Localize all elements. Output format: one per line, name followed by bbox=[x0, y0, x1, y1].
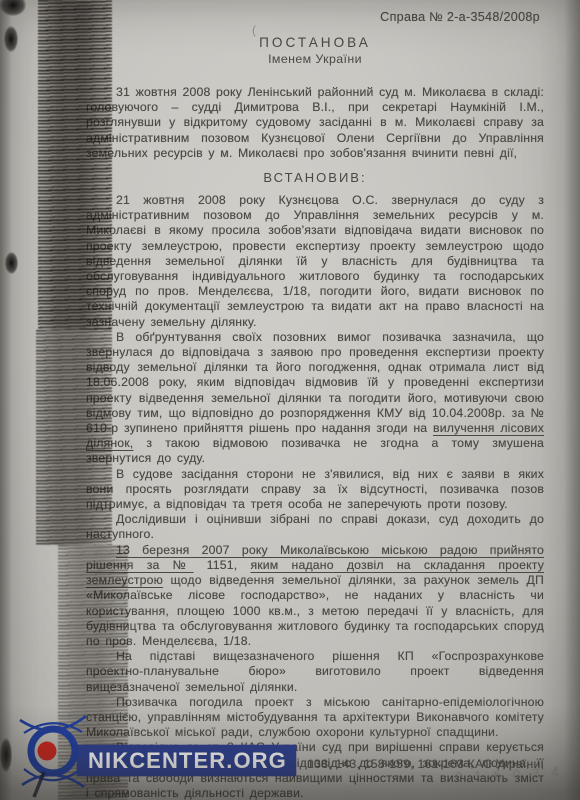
page-edge-left bbox=[0, 0, 12, 800]
text-run: В обґрунтування своїх позовних вимог поз… bbox=[86, 330, 544, 435]
text-run: з такою відмовою позивачка не згодна а т… bbox=[86, 436, 544, 465]
document-body: Справа № 2-а-3548/2008р ПОСТАНОВА Іменем… bbox=[86, 10, 544, 800]
page-edge-right bbox=[564, 0, 580, 800]
paragraph-justification: В обґрунтування своїх позовних вимог поз… bbox=[86, 330, 544, 467]
established-heading: ВСТАНОВИВ: bbox=[86, 170, 544, 185]
paragraph-city-council-decision: 13 березня 2007 року Миколаївською міськ… bbox=[86, 543, 544, 649]
stray-pen-mark: ( bbox=[252, 23, 256, 37]
page-edge-bottom bbox=[0, 705, 580, 800]
text-run: 1151, bbox=[194, 558, 251, 572]
scanned-court-document-page: Справа № 2-а-3548/2008р ПОСТАНОВА Іменем… bbox=[0, 0, 580, 800]
paragraph-hearing: В судове засідання сторони не з'явилися,… bbox=[86, 467, 544, 513]
paragraph-project-bureau: На підставі вищезазначеного рішення КП «… bbox=[86, 649, 544, 695]
document-title: ПОСТАНОВА bbox=[86, 35, 544, 50]
paragraph-court-composition: 31 жовтня 2008 року Ленінський районний … bbox=[86, 85, 544, 161]
case-number: Справа № 2-а-3548/2008р bbox=[86, 10, 544, 24]
paragraph-claim: 21 жовтня 2008 року Кузнєцова О.С. зверн… bbox=[86, 193, 544, 330]
title-block: ПОСТАНОВА Іменем України bbox=[86, 35, 544, 66]
document-subtitle: Іменем України bbox=[86, 52, 544, 66]
paragraph-conclusion-intro: Дослідивши і оцінивши зібрані по справі … bbox=[86, 512, 544, 542]
